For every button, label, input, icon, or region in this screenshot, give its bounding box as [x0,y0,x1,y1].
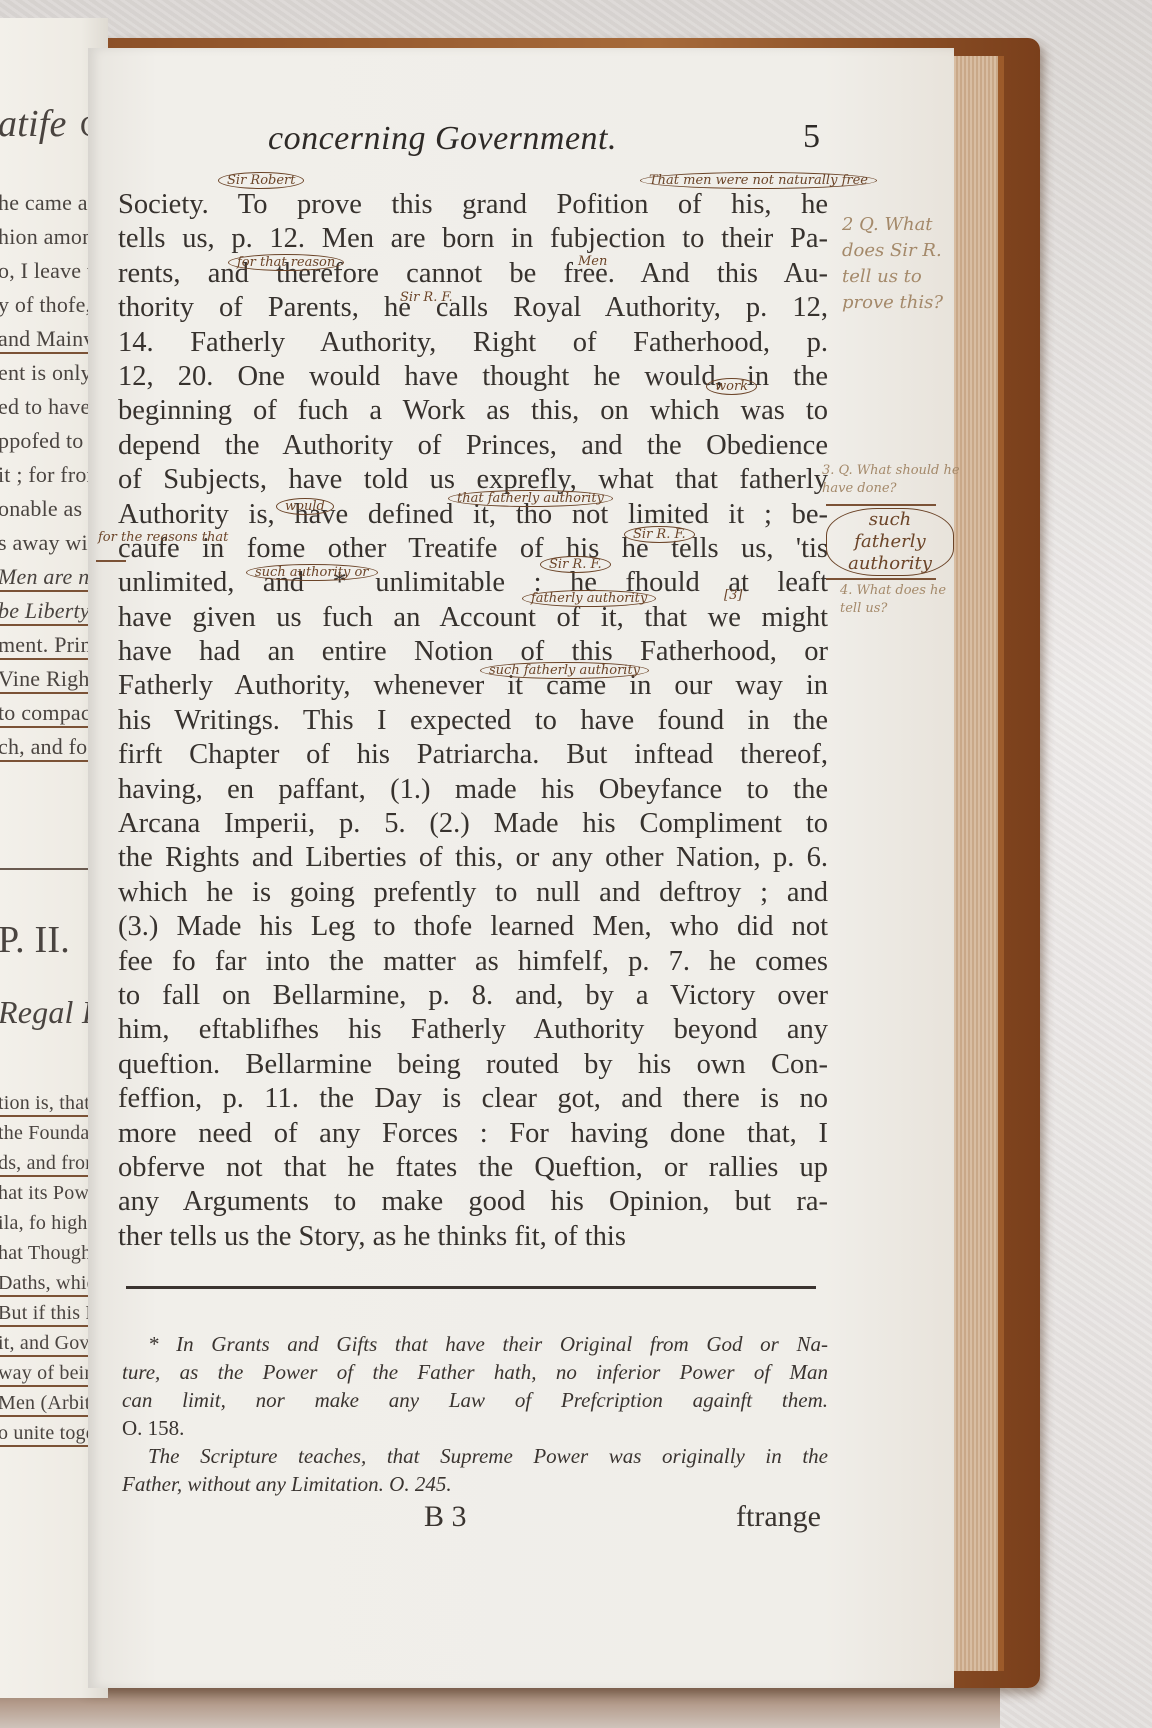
left-fragment: o unite toge [0,1422,95,1447]
left-chapter-heading: P. II. [0,918,70,962]
text-line: his Writings. This I expected to have fo… [118,704,828,738]
text-line: any Arguments to make good his Opinion, … [118,1185,828,1219]
left-running-head: atife [0,102,67,146]
text-line: depend the Authority of Princes, and the… [118,429,828,463]
page-edges [950,56,1004,1671]
annotation-inline: work [706,378,757,395]
signature-mark: B 3 [424,1500,467,1534]
ink-connector [826,504,936,506]
annotation-inline: that fatherly authority [448,490,613,507]
left-fragment: ila, fo high [0,1212,88,1235]
text-line: have given us fuch an Account of it, tha… [118,601,828,635]
margin-note-question-2: 2 Q. What does Sir R. tell us to prove t… [842,212,952,316]
annotation-inline: such fatherly authority [480,662,649,679]
text-line: more need of any Forces : For having don… [118,1117,828,1151]
text-line: (3.) Made his Leg to thofe learned Men, … [118,910,828,944]
left-fragment: hat Thought [0,1242,97,1265]
text-line: tells us, p. 12. Men are born in fubject… [118,222,828,256]
text-line: feffion, p. 11. the Day is clear got, an… [118,1082,828,1116]
left-fragment: Men (Arbitr [0,1392,97,1417]
left-fragment: ds, and from [0,1152,101,1177]
annotation-inline: That men were not naturally free [640,172,877,189]
margin-note-question-3: 3. Q. What should he have done? [822,462,962,498]
text-line: him, eftablifhes his Fatherly Authority … [118,1013,828,1047]
left-fragment: it, and Gov [0,1332,90,1357]
text-line: 14. Fatherly Authority, Right of Fatherh… [118,326,828,360]
text-line: obferve not that he ftates the Queftion,… [118,1151,828,1185]
annotation-inline: Sir Robert [218,172,304,189]
annotation-inline: for the reasons that [98,530,228,545]
text-line: have had an entire Notion of this Father… [118,635,828,669]
footnote-line: ture, as the Power of the Father hath, n… [122,1358,828,1386]
annotation-inline: such authority or [246,564,378,581]
text-line: having, en paffant, (1.) made his Obeyfa… [118,773,828,807]
annotation-inline: would [276,498,334,515]
left-fragment: Vine Right [0,666,96,694]
annotation-inline: fatherly authority [522,590,656,607]
text-line: queftion. Bellarmine being routed by his… [118,1048,828,1082]
text-line: firft Chapter of his Patriarcha. But inf… [118,738,828,772]
annotation-inline: Sir R. F. [624,526,695,543]
ink-connector [826,578,936,580]
annotation-inline: Men [578,254,607,269]
footnote-line: Father, without any Limitation. O. 245. [122,1470,828,1498]
running-head: concerning Government. [268,120,617,158]
annotation-inline: Sir R. F. [400,290,453,305]
margin-note-boxed: such fatherly authority [826,508,954,576]
text-line: rents, and therefore cannot be free. And… [118,257,828,291]
ink-connector [96,560,126,562]
text-line: Fatherly Authority, whenever it came in … [118,669,828,703]
annotation-inline: for that reason [228,254,344,271]
text-line: thority of Parents, he calls Royal Autho… [118,291,828,325]
annotation-inline: [3] [724,588,742,603]
annotation-inline: Sir R. F. [540,556,611,573]
text-line: fee fo far into the matter as himfelf, p… [118,945,828,979]
left-fragment: y of thofe, [0,292,91,318]
text-line: Society. To prove this grand Pofition of… [118,188,828,222]
footnote-rule [126,1286,816,1289]
body-text: Society. To prove this grand Pofition of… [118,188,828,1254]
text-line: Arcana Imperii, p. 5. (2.) Made his Comp… [118,807,828,841]
footnote-line: * In Grants and Gifts that have their Or… [122,1330,828,1358]
footnotes: * In Grants and Gifts that have their Or… [122,1330,828,1498]
text-line: which he is going prefently to null and … [118,876,828,910]
footnote-line: The Scripture teaches, that Supreme Powe… [122,1442,828,1470]
margin-note-question-4: 4. What does he tell us? [840,582,950,618]
footnote-citation: O. 158. [122,1414,828,1442]
catchword: ftrange [736,1500,821,1534]
page-number: 5 [803,118,820,156]
footnote-line: can limit, nor make any Law of Prefcript… [122,1386,828,1414]
text-line: beginning of fuch a Work as this, on whi… [118,394,828,428]
text-line: the Rights and Liberties of this, or any… [118,841,828,875]
text-line: unlimited, and * unlimitable : he fhould… [118,566,828,600]
text-line: ther tells us the Story, as he thinks fi… [118,1220,828,1254]
text-line: to fall on Bellarmine, p. 8. and, by a V… [118,979,828,1013]
